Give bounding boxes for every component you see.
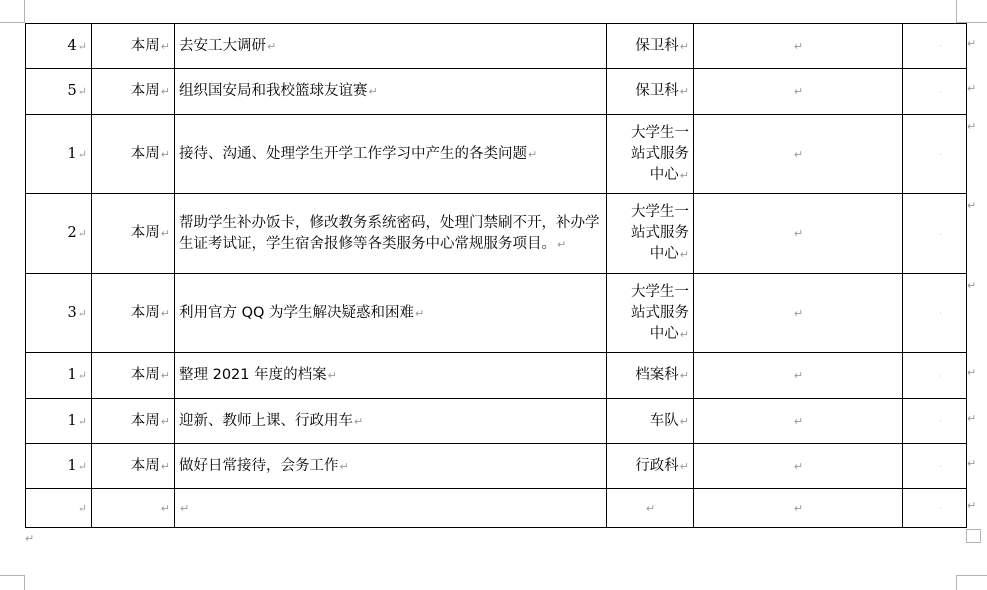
paragraph-mark-icon: ↵	[528, 148, 537, 161]
item-number: 1	[68, 146, 77, 162]
paragraph-mark-icon: ↵	[180, 502, 189, 515]
paragraph-mark-icon: ↵	[369, 85, 378, 98]
paragraph-mark-icon: ↵	[794, 40, 803, 53]
work-plan-table: 4↵本周↵去安工大调研↵保卫科↵↵·5↵本周↵组织国安局和我校篮球友谊赛↵保卫科…	[25, 23, 967, 528]
item-dept: 保卫科↵	[635, 36, 689, 57]
paragraph-mark-icon: ↵	[794, 148, 803, 161]
item-dept: 大学生一站式服务中心↵	[631, 282, 689, 345]
cell-department[interactable]: 大学生一站式服务中心↵	[607, 115, 694, 194]
paragraph-mark-icon: ↵	[680, 328, 689, 341]
item-dept: 车队↵	[650, 411, 689, 432]
row-end-mark-icon: ↵	[967, 120, 976, 133]
item-dept: 大学生一站式服务中心↵	[631, 123, 689, 186]
item-dept-line: 车队↵	[650, 411, 689, 432]
paragraph-mark-icon: ↵	[328, 369, 337, 382]
cell-task[interactable]: 整理 2021 年度的档案↵	[175, 353, 607, 399]
cell-department[interactable]: 档案科↵	[607, 353, 694, 399]
item-dept: ↵	[645, 498, 655, 519]
cell-time[interactable]: ↵	[92, 489, 175, 528]
cell-extra[interactable]: ·	[903, 489, 967, 528]
item-task: 做好日常接待，会务工作	[179, 458, 339, 474]
paragraph-mark-icon: ↵	[25, 532, 34, 545]
row-end-mark-icon: ↵	[967, 82, 976, 95]
item-dept-line: 档案科↵	[635, 365, 689, 386]
cell-extra[interactable]: ·	[903, 194, 967, 274]
cell-end-dot: ·	[939, 309, 942, 318]
table-row: 4↵本周↵去安工大调研↵保卫科↵↵·	[26, 24, 967, 69]
paragraph-mark-icon: ↵	[78, 148, 87, 161]
paragraph-mark-icon: ↵	[680, 369, 689, 382]
cell-department[interactable]: ↵	[607, 489, 694, 528]
item-dept-line: 站式服务	[631, 223, 689, 244]
paragraph-mark-icon: ↵	[415, 307, 424, 320]
paragraph-mark-icon: ↵	[794, 307, 803, 320]
item-time: 本周	[131, 225, 160, 241]
paragraph-mark-icon: ↵	[267, 40, 276, 53]
table-row: 1↵本周↵接待、沟通、处理学生开学工作学习中产生的各类问题↵大学生一站式服务中心…	[26, 115, 967, 194]
row-end-mark-icon: ↵	[967, 412, 976, 425]
paragraph-mark-icon: ↵	[794, 502, 803, 515]
row-end-mark-icon: ↵	[967, 457, 976, 470]
cell-extra[interactable]: ·	[903, 24, 967, 69]
cell-task[interactable]: ↵	[175, 489, 607, 528]
cell-department[interactable]: 保卫科↵	[607, 24, 694, 69]
cell-end-dot: ·	[939, 42, 942, 51]
paragraph-mark-icon: ↵	[161, 40, 170, 53]
cell-end-dot: ·	[939, 150, 942, 159]
paragraph-mark-icon: ↵	[78, 369, 87, 382]
cell-end-dot: ·	[939, 504, 942, 513]
item-dept: 保卫科↵	[635, 81, 689, 102]
item-dept: 档案科↵	[635, 365, 689, 386]
paragraph-mark-icon: ↵	[794, 460, 803, 473]
item-dept: 行政科↵	[635, 456, 689, 477]
item-dept-line: ↵	[645, 498, 655, 519]
item-number: 3	[68, 305, 77, 321]
item-number: 4	[68, 38, 77, 54]
paragraph-mark-icon: ↵	[161, 460, 170, 473]
table-row: 1↵本周↵迎新、教师上课、行政用车↵车队↵↵·	[26, 399, 967, 444]
cell-note[interactable]: ↵	[694, 274, 903, 353]
paragraph-mark-icon: ↵	[680, 460, 689, 473]
row-end-mark-icon: ↵	[967, 37, 976, 50]
cell-extra[interactable]: ·	[903, 399, 967, 444]
item-task: 迎新、教师上课、行政用车	[179, 413, 353, 429]
paragraph-mark-icon: ↵	[794, 415, 803, 428]
item-number: 5	[68, 83, 77, 99]
cell-task[interactable]: 利用官方 QQ 为学生解决疑惑和困难↵	[175, 274, 607, 353]
cell-number[interactable]: 1↵	[26, 115, 92, 194]
paragraph-mark-icon: ↵	[680, 169, 689, 182]
cell-task[interactable]: 接待、沟通、处理学生开学工作学习中产生的各类问题↵	[175, 115, 607, 194]
cell-department[interactable]: 大学生一站式服务中心↵	[607, 194, 694, 274]
item-task: 接待、沟通、处理学生开学工作学习中产生的各类问题	[179, 146, 527, 162]
item-time: 本周	[131, 367, 160, 383]
cell-number[interactable]: 3↵	[26, 274, 92, 353]
paragraph-mark-icon: ↵	[680, 248, 689, 261]
cell-time[interactable]: 本周↵	[92, 353, 175, 399]
table-row: 1↵本周↵整理 2021 年度的档案↵档案科↵↵·	[26, 353, 967, 399]
item-task: 帮助学生补办饭卡，修改教务系统密码，处理门禁刷不开，补办学生证考试证，学生宿舍报…	[179, 215, 600, 252]
item-task: 组织国安局和我校篮球友谊赛	[179, 83, 368, 99]
page-corner-top-right	[956, 0, 987, 23]
paragraph-mark-icon: ↵	[161, 85, 170, 98]
paragraph-mark-icon: ↵	[794, 227, 803, 240]
table-row: ↵↵↵↵↵·	[26, 489, 967, 528]
item-number: 1	[68, 367, 77, 383]
paragraph-mark-icon: ↵	[78, 460, 87, 473]
item-dept: 大学生一站式服务中心↵	[631, 202, 689, 265]
cell-end-dot: ·	[939, 417, 942, 426]
cell-extra[interactable]: ·	[903, 444, 967, 489]
paragraph-mark-icon: ↵	[78, 40, 87, 53]
item-task: 去安工大调研	[179, 38, 266, 54]
item-task: 整理 2021 年度的档案	[179, 367, 327, 383]
cell-time[interactable]: 本周↵	[92, 115, 175, 194]
cell-task[interactable]: 做好日常接待，会务工作↵	[175, 444, 607, 489]
cell-note[interactable]: ↵	[694, 444, 903, 489]
paragraph-mark-icon: ↵	[161, 307, 170, 320]
item-dept-line: 站式服务	[631, 303, 689, 324]
item-dept-line: 大学生一	[631, 123, 689, 144]
cell-note[interactable]: ↵	[694, 24, 903, 69]
table-row: 1↵本周↵做好日常接待，会务工作↵行政科↵↵·	[26, 444, 967, 489]
cell-extra[interactable]: ·	[903, 115, 967, 194]
item-dept-line: 中心↵	[631, 324, 689, 345]
page-corner-bottom-left	[0, 575, 25, 590]
cell-extra[interactable]: ·	[903, 353, 967, 399]
table-row: 3↵本周↵利用官方 QQ 为学生解决疑惑和困难↵大学生一站式服务中心↵↵·	[26, 274, 967, 353]
table-row: 5↵本周↵组织国安局和我校篮球友谊赛↵保卫科↵↵·	[26, 69, 967, 115]
cell-number[interactable]: 1↵	[26, 353, 92, 399]
cell-note[interactable]: ↵	[694, 399, 903, 444]
cell-note[interactable]: ↵	[694, 69, 903, 115]
cell-note[interactable]: ↵	[694, 115, 903, 194]
item-number: 1	[68, 458, 77, 474]
cell-end-dot: ·	[939, 88, 942, 97]
cell-department[interactable]: 保卫科↵	[607, 69, 694, 115]
cell-extra[interactable]: ·	[903, 69, 967, 115]
cell-number[interactable]: 1↵	[26, 399, 92, 444]
item-dept-line: 中心↵	[631, 244, 689, 265]
item-dept-line: 行政科↵	[635, 456, 689, 477]
paragraph-mark-icon: ↵	[680, 40, 689, 53]
cell-note[interactable]: ↵	[694, 489, 903, 528]
cell-end-dot: ·	[939, 230, 942, 239]
cell-task[interactable]: 帮助学生补办饭卡，修改教务系统密码，处理门禁刷不开，补办学生证考试证，学生宿舍报…	[175, 194, 607, 274]
item-number: 1	[68, 413, 77, 429]
row-end-mark-icon: ↵	[967, 279, 976, 292]
item-task: 利用官方 QQ 为学生解决疑惑和困难	[179, 305, 414, 321]
cell-number[interactable]: 5↵	[26, 69, 92, 115]
paragraph-mark-icon: ↵	[78, 307, 87, 320]
item-time: 本周	[131, 83, 160, 99]
paragraph-mark-icon: ↵	[794, 369, 803, 382]
item-time: 本周	[131, 458, 160, 474]
table-row: 2↵本周↵帮助学生补办饭卡，修改教务系统密码，处理门禁刷不开，补办学生证考试证，…	[26, 194, 967, 274]
item-time: 本周	[131, 413, 160, 429]
cell-time[interactable]: 本周↵	[92, 274, 175, 353]
paragraph-mark-icon: ↵	[646, 502, 655, 515]
cell-extra[interactable]: ·	[903, 274, 967, 353]
cell-number[interactable]: 1↵	[26, 444, 92, 489]
paragraph-mark-icon: ↵	[161, 148, 170, 161]
cell-task[interactable]: 去安工大调研↵	[175, 24, 607, 69]
cell-task[interactable]: 组织国安局和我校篮球友谊赛↵	[175, 69, 607, 115]
paragraph-mark-icon: ↵	[161, 227, 170, 240]
paragraph-mark-icon: ↵	[161, 502, 170, 515]
cell-time[interactable]: 本周↵	[92, 444, 175, 489]
table-resize-handle[interactable]	[966, 529, 981, 543]
item-dept-line: 保卫科↵	[635, 36, 689, 57]
cell-department[interactable]: 车队↵	[607, 399, 694, 444]
item-time: 本周	[131, 146, 160, 162]
item-time: 本周	[131, 38, 160, 54]
cell-department[interactable]: 大学生一站式服务中心↵	[607, 274, 694, 353]
item-dept-line: 大学生一	[631, 282, 689, 303]
cell-department[interactable]: 行政科↵	[607, 444, 694, 489]
row-end-mark-icon: ↵	[967, 366, 976, 379]
cell-time[interactable]: 本周↵	[92, 24, 175, 69]
row-end-mark-icon: ↵	[967, 499, 976, 512]
item-dept-line: 站式服务	[631, 144, 689, 165]
paragraph-mark-icon: ↵	[78, 502, 87, 515]
item-dept-line: 保卫科↵	[635, 81, 689, 102]
paragraph-mark-icon: ↵	[161, 415, 170, 428]
cell-end-dot: ·	[939, 462, 942, 471]
paragraph-mark-icon: ↵	[680, 85, 689, 98]
paragraph-mark-icon: ↵	[78, 227, 87, 240]
paragraph-mark-icon: ↵	[354, 415, 363, 428]
item-dept-line: 中心↵	[631, 165, 689, 186]
cell-task[interactable]: 迎新、教师上课、行政用车↵	[175, 399, 607, 444]
cell-end-dot: ·	[939, 372, 942, 381]
paragraph-mark-icon: ↵	[161, 369, 170, 382]
item-dept-line: 大学生一	[631, 202, 689, 223]
paragraph-mark-icon: ↵	[340, 460, 349, 473]
paragraph-mark-icon: ↵	[78, 85, 87, 98]
page-corner-bottom-right	[956, 575, 987, 590]
item-time: 本周	[131, 305, 160, 321]
cell-time[interactable]: 本周↵	[92, 399, 175, 444]
paragraph-mark-icon: ↵	[557, 238, 566, 251]
cell-note[interactable]: ↵	[694, 194, 903, 274]
paragraph-mark-icon: ↵	[794, 85, 803, 98]
cell-time[interactable]: 本周↵	[92, 69, 175, 115]
cell-number[interactable]: 2↵	[26, 194, 92, 274]
cell-number[interactable]: ↵	[26, 489, 92, 528]
item-number: 2	[68, 225, 77, 241]
cell-number[interactable]: 4↵	[26, 24, 92, 69]
cell-note[interactable]: ↵	[694, 353, 903, 399]
row-end-mark-icon: ↵	[967, 199, 976, 212]
cell-time[interactable]: 本周↵	[92, 194, 175, 274]
paragraph-mark-icon: ↵	[78, 415, 87, 428]
paragraph-mark-icon: ↵	[680, 415, 689, 428]
page-corner-top-left	[0, 0, 25, 23]
